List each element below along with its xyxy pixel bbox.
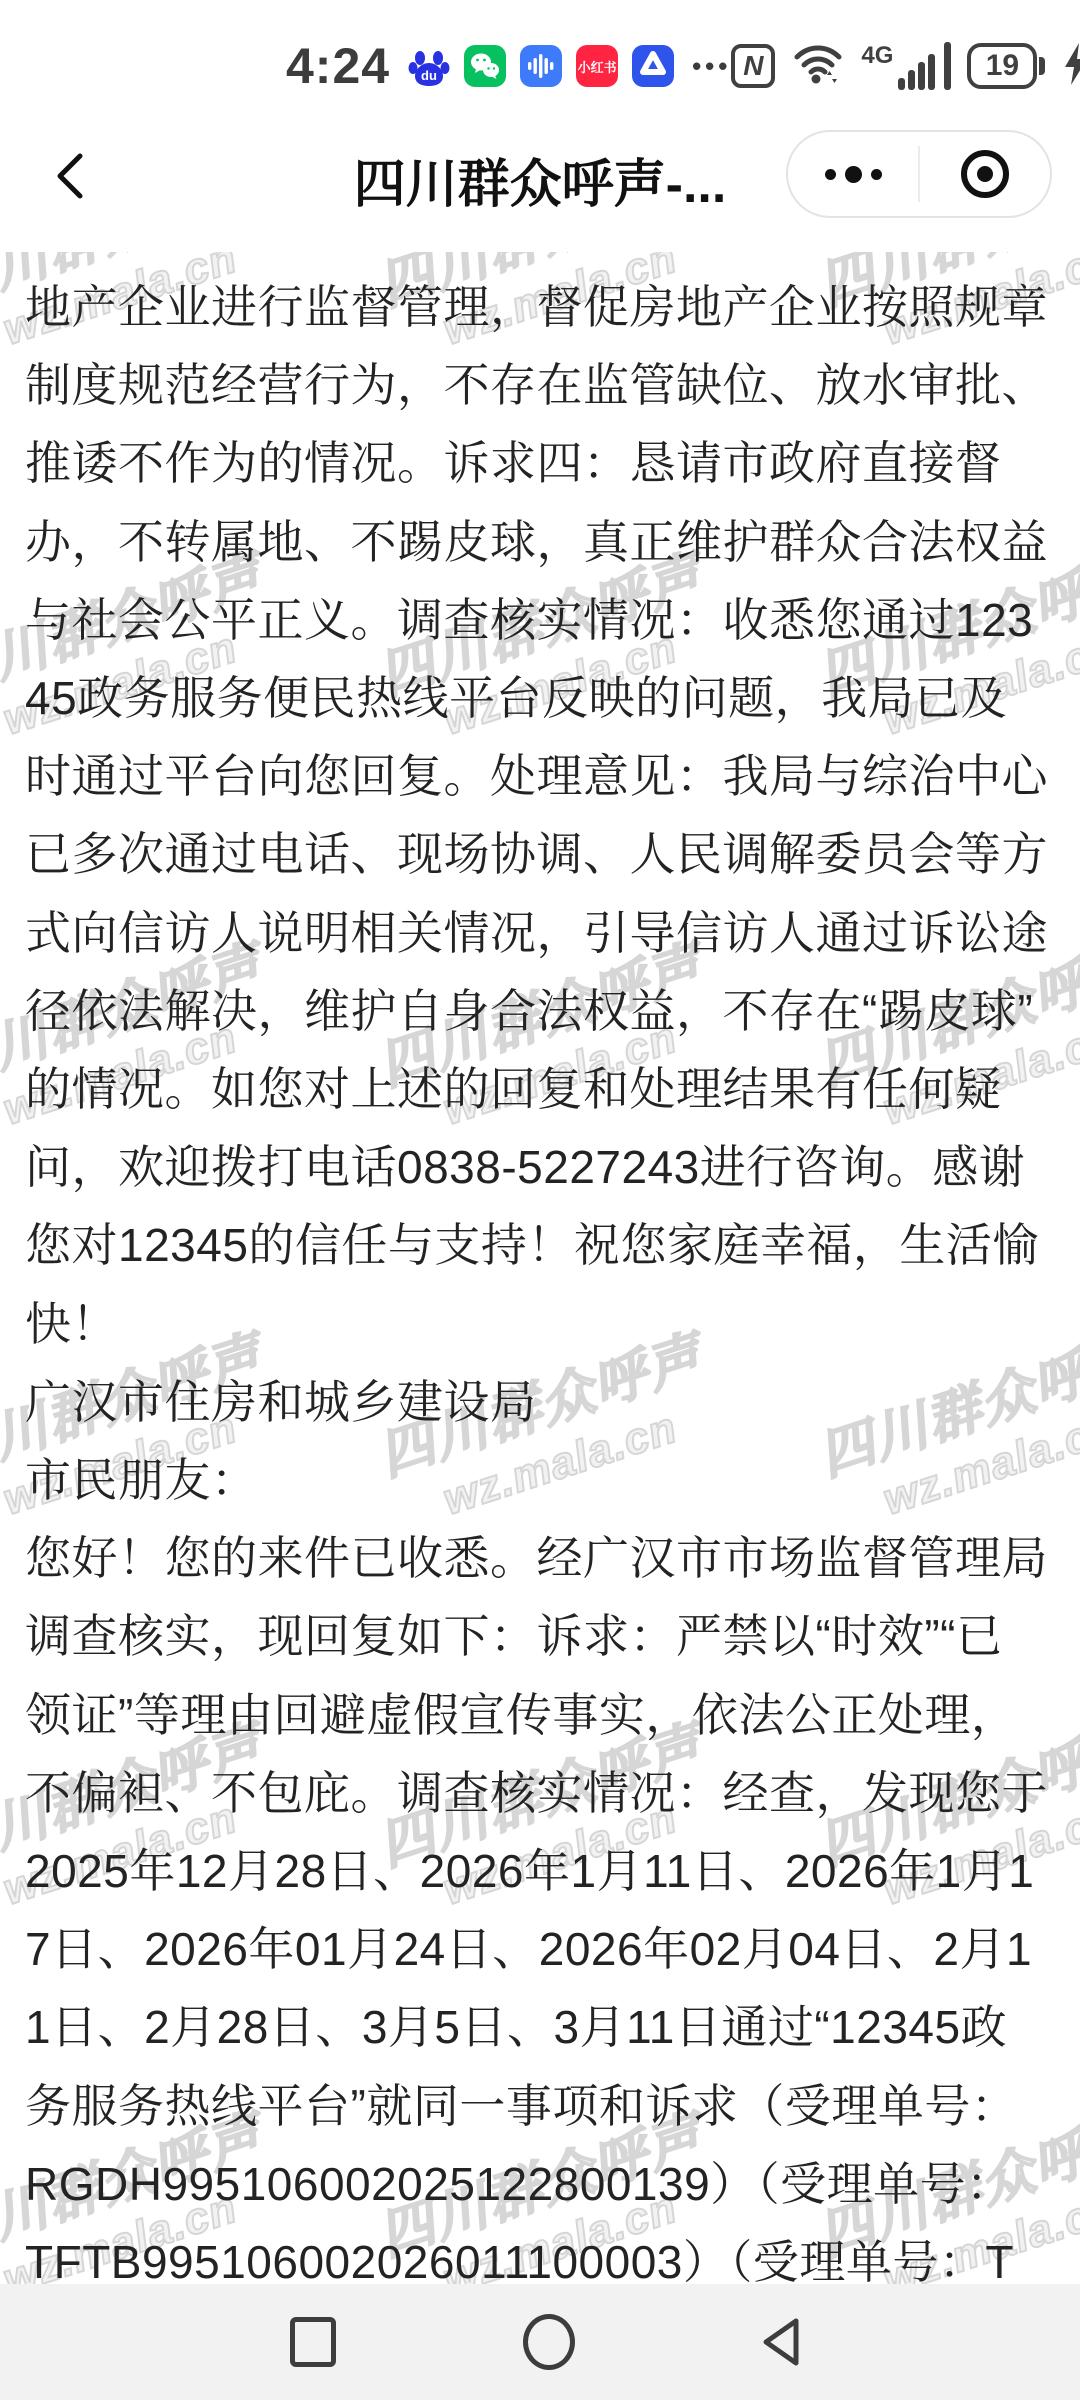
home-button[interactable] (523, 2314, 575, 2370)
article-body[interactable]: 四川群众呼声wz.mala.cn四川群众呼声wz.mala.cn四川群众呼声wz… (0, 252, 1080, 2284)
text-line: 的情况。如您对上述的回复和处理结果有任何疑 (25, 1050, 1058, 1128)
text-line: RGDH995106002025122800139）（受理单号： (25, 2145, 1058, 2223)
voice-app-icon (520, 45, 562, 87)
android-navigation-bar (0, 2284, 1080, 2400)
text-line: 快！ (25, 1285, 1058, 1363)
text-line: 广汉市住房和城乡建设局 (25, 1363, 1058, 1441)
nfc-icon: N (731, 44, 775, 88)
target-icon (961, 150, 1009, 198)
clock: 4:24 (286, 37, 390, 95)
status-indicators: N 4G 19 (731, 41, 1080, 92)
status-bar: 4:24 du (0, 34, 1080, 98)
recents-button[interactable] (290, 2317, 336, 2367)
text-line: 已多次通过电话、现场协调、人民调解委员会等方 (25, 815, 1058, 893)
wechat-icon (464, 45, 506, 87)
text-line: 地产企业进行监督管理，督促房地产企业按照规章 (25, 268, 1058, 346)
back-nav-button[interactable] (756, 2315, 806, 2369)
more-options-button[interactable] (788, 132, 918, 216)
text-line: 式向信访人说明相关情况，引导信访人通过诉讼途 (25, 894, 1058, 972)
text-line: 市民朋友： (25, 1441, 1058, 1519)
text-line: 与社会公平正义。调查核实情况：收悉您通过123 (25, 581, 1058, 659)
blue-app-icon (632, 45, 674, 87)
charging-icon (1061, 41, 1080, 92)
close-miniprogram-button[interactable] (920, 132, 1050, 216)
battery-level: 19 (986, 49, 1019, 83)
reply-text: 地产企业进行监督管理，督促房地产企业按照规章制度规范经营行为，不存在监管缺位、放… (25, 268, 1058, 2284)
battery-icon: 19 (967, 43, 1045, 89)
cellular-signal-icon: 4G (861, 42, 951, 90)
text-line: 径依法解决，维护自身合法权益，不存在“踢皮球” (25, 972, 1058, 1050)
baidu-du-label: du (421, 68, 437, 83)
text-line: 您好！您的来件已收悉。经广汉市市场监督管理局 (25, 1519, 1058, 1597)
text-line: 1日、2月28日、3月5日、3月11日通过“12345政 (25, 1988, 1058, 2066)
text-line: 45政务服务便民热线平台反映的问题，我局已及 (25, 659, 1058, 737)
text-line: 调查核实，现回复如下：诉求：严禁以“时效”“已 (25, 1597, 1058, 1675)
xiaohongshu-icon: 小红书 (576, 45, 618, 87)
ellipsis-icon (825, 166, 882, 183)
text-line: 办，不转属地、不踢皮球，真正维护群众合法权益 (25, 503, 1058, 581)
text-line: 问，欢迎拨打电话0838-5227243进行咨询。感谢 (25, 1128, 1058, 1206)
text-line: 时通过平台向您回复。处理意见：我局与综治中心 (25, 737, 1058, 815)
text-line: 您对12345的信任与支持！祝您家庭幸福，生活愉 (25, 1206, 1058, 1284)
wifi-icon (791, 41, 845, 92)
notification-icons: du (408, 45, 731, 87)
text-line: 领证”等理由回避虚假宣传事实，依法公正处理， (25, 1676, 1058, 1754)
miniprogram-capsule (786, 130, 1052, 218)
text-line: 7日、2026年01月24日、2026年02月04日、2月1 (25, 1910, 1058, 1988)
text-line: 推诿不作为的情况。诉求四：恳请市政府直接督 (25, 424, 1058, 502)
text-line: 务服务热线平台”就同一事项和诉求（受理单号： (25, 2067, 1058, 2145)
text-line: 不偏袒、不包庇。调查核实情况：经查，发现您于 (25, 1754, 1058, 1832)
text-line: 2025年12月28日、2026年1月11日、2026年1月1 (25, 1832, 1058, 1910)
more-notifications-icon: ••• (692, 51, 731, 82)
text-line: 制度规范经营行为，不存在监管缺位、放水审批、 (25, 346, 1058, 424)
text-line: TFTB995106002026011100003）（受理单号：T (25, 2223, 1058, 2284)
network-type-label: 4G (861, 42, 893, 70)
nav-bar: 四川群众呼声-... (0, 98, 1080, 252)
xiaohongshu-label: 小红书 (578, 57, 617, 76)
baidu-icon: du (408, 45, 450, 87)
